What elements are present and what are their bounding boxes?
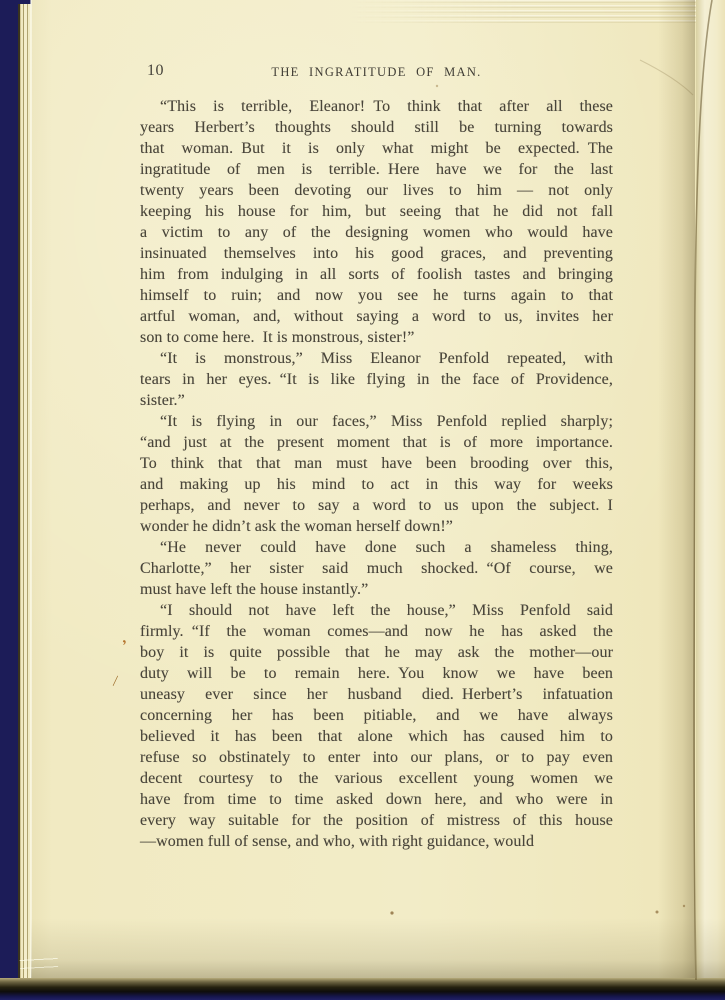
text-line: uneasy ever since her husband died. Herb…: [140, 684, 613, 705]
margin-mark-apostrophe: ’: [121, 639, 129, 655]
text-line: artful woman, and, without saying a word…: [140, 306, 613, 327]
text-line: concerning her has been pitiable, and we…: [140, 705, 613, 726]
text-line: decent courtesy to the various excellent…: [140, 768, 613, 789]
text-line: every way suitable for the position of m…: [140, 810, 613, 831]
text-line: must have left the house instantly.”: [140, 579, 613, 600]
page-content: 10 THE INGRATITUDE OF MAN. “This is terr…: [0, 0, 725, 1000]
text-line: duty will be to remain here. You know we…: [140, 663, 613, 684]
text-line: have from time to time asked down here, …: [140, 789, 613, 810]
text-line: ingratitude of men is terrible. Here hav…: [140, 159, 613, 180]
text-line: tears in her eyes. “It is like flying in…: [140, 369, 613, 390]
paragraph: “He never could have done such a shamele…: [140, 537, 613, 600]
text-line: and making up his mind to act in this wa…: [140, 474, 613, 495]
text-line: twenty years been devoting our lives to …: [140, 180, 613, 201]
paragraph: “It is flying in our faces,” Miss Penfol…: [140, 411, 613, 537]
body-text: “This is terrible, Eleanor! To think tha…: [140, 96, 613, 852]
text-line: perhaps, and never to say a word to us u…: [140, 495, 613, 516]
text-line: that woman. But it is only what might be…: [140, 138, 613, 159]
scanned-book-photo: 10 THE INGRATITUDE OF MAN. “This is terr…: [0, 0, 725, 1000]
text-line: son to come here. It is monstrous, siste…: [140, 327, 613, 348]
paragraph: “It is monstrous,” Miss Eleanor Penfold …: [140, 348, 613, 411]
text-line: “He never could have done such a shamele…: [140, 537, 613, 558]
text-line: insinuated themselves into his good grac…: [140, 243, 613, 264]
text-line: “I should not have left the house,” Miss…: [140, 600, 613, 621]
text-line: believed it has been that alone which ha…: [140, 726, 613, 747]
running-header: THE INGRATITUDE OF MAN.: [140, 65, 613, 80]
text-line: a victim to any of the designing women w…: [140, 222, 613, 243]
text-line: keeping his house for him, but seeing th…: [140, 201, 613, 222]
paragraph: “I should not have left the house,” Miss…: [140, 600, 613, 852]
text-line: Charlotte,” her sister said much shocked…: [140, 558, 613, 579]
text-line: “This is terrible, Eleanor! To think tha…: [140, 96, 613, 117]
text-line: —women full of sense, and who, with righ…: [140, 831, 613, 852]
text-line: wonder he didn’t ask the woman herself d…: [140, 516, 613, 537]
text-line: sister.”: [140, 390, 613, 411]
text-line: himself to ruin; and now you see he turn…: [140, 285, 613, 306]
text-line: “and just at the present moment that is …: [140, 432, 613, 453]
text-line: refuse so obstinately to enter into our …: [140, 747, 613, 768]
margin-mark-slash: /: [112, 674, 118, 690]
text-line: To think that that man must have been br…: [140, 453, 613, 474]
text-line: firmly. “If the woman comes—and now he h…: [140, 621, 613, 642]
text-line: boy it is quite possible that he may ask…: [140, 642, 613, 663]
text-line: “It is monstrous,” Miss Eleanor Penfold …: [140, 348, 613, 369]
text-line: years Herbert’s thoughts should still be…: [140, 117, 613, 138]
text-line: “It is flying in our faces,” Miss Penfol…: [140, 411, 613, 432]
text-line: him from indulging in all sorts of fooli…: [140, 264, 613, 285]
paragraph: “This is terrible, Eleanor! To think tha…: [140, 96, 613, 348]
